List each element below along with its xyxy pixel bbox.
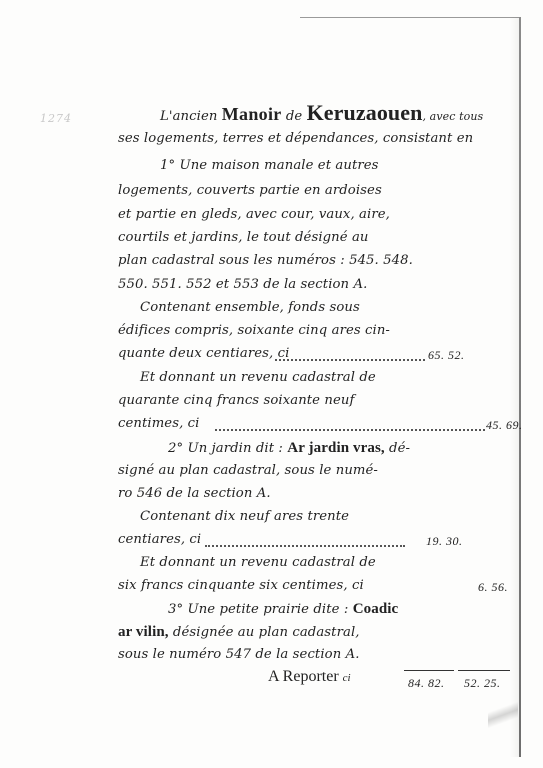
text-line: logements, couverts partie en ardoises — [118, 183, 382, 198]
text-line: Et donnant un revenu cadastral de — [140, 370, 376, 385]
document-page: 1274 L'ancien Manoir de Keruzaouen, avec… — [0, 0, 543, 768]
text-line: plan cadastral sous les numéros : 545. 5… — [118, 253, 413, 268]
area-total: 84. 82. — [408, 676, 445, 691]
text-line: quarante cinq francs soixante neuf — [118, 393, 354, 408]
text-line: Contenant ensemble, fonds sous — [140, 300, 360, 315]
item-2-suffix: dé- — [385, 441, 410, 456]
revenue-amount-1: 45. 69. — [486, 418, 523, 433]
heading-place-name: Keruzaouen — [307, 100, 423, 125]
item-3-heading: 3° Une petite prairie dite : Coadic — [168, 601, 398, 618]
text-line: édifices compris, soixante cinq ares cin… — [118, 323, 390, 338]
item-3-designation: désignée au plan cadastral, — [169, 625, 360, 640]
text-line: six francs cinquante six centimes, ci — [118, 578, 364, 593]
page-top-border — [300, 17, 520, 18]
text-line: courtils et jardins, le tout désigné au — [118, 230, 369, 245]
area-amount-1: 65. 52. — [428, 348, 465, 363]
leader-dots — [275, 358, 425, 361]
text-line: Contenant dix neuf ares trente — [140, 509, 349, 524]
text-line: centimes, ci — [118, 416, 199, 431]
text-line: quante deux centiares, ci — [118, 346, 289, 361]
leader-dots — [205, 544, 405, 547]
carry-forward-ci: ci — [343, 672, 351, 684]
item-1-heading: 1° Une maison manale et autres — [160, 158, 379, 173]
carry-forward-label: A Reporter ci — [268, 668, 351, 686]
text-line: 550. 551. 552 et 553 de la section A. — [118, 277, 367, 292]
heading-line: L'ancien Manoir de Keruzaouen, avec tous — [160, 100, 483, 126]
item-3-label: 3° Une petite prairie dite : — [168, 602, 348, 617]
folio-mark: 1274 — [40, 112, 72, 125]
sum-rule-area — [404, 670, 454, 671]
leader-dots — [215, 428, 485, 431]
text-line: signé au plan cadastral, sous le numé- — [118, 463, 378, 478]
heading-prefix: L'ancien — [160, 109, 217, 124]
area-amount-2: 19. 30. — [426, 534, 463, 549]
page-right-margin-rule — [519, 17, 521, 757]
text-line: ro 546 de la section A. — [118, 486, 271, 501]
item-3-name-cont: ar vilin, — [118, 624, 169, 640]
item-2-label: 2° Un jardin dit : — [168, 441, 283, 456]
item-2-heading: 2° Un jardin dit : Ar jardin vras, dé- — [168, 440, 410, 457]
item-2-name: Ar jardin vras, — [287, 440, 384, 456]
text-line: ar vilin, désignée au plan cadastral, — [118, 624, 360, 641]
text-line: et partie en gleds, avec cour, vaux, air… — [118, 207, 390, 222]
text-line: sous le numéro 547 de la section A. — [118, 647, 360, 662]
item-3-name: Coadic — [353, 601, 399, 617]
heading-suffix: , avec tous — [422, 110, 483, 123]
text-line: ses logements, terres et dépendances, co… — [118, 131, 473, 146]
text-line: centiares, ci — [118, 532, 201, 547]
heading-title-word: Manoir — [222, 104, 282, 124]
carry-forward-text: A Reporter — [268, 668, 339, 685]
text-line: Et donnant un revenu cadastral de — [140, 555, 376, 570]
heading-connector: de — [286, 109, 302, 124]
sum-rule-revenue — [458, 670, 510, 671]
revenue-amount-2: 6. 56. — [478, 580, 508, 595]
revenue-total: 52. 25. — [464, 676, 501, 691]
